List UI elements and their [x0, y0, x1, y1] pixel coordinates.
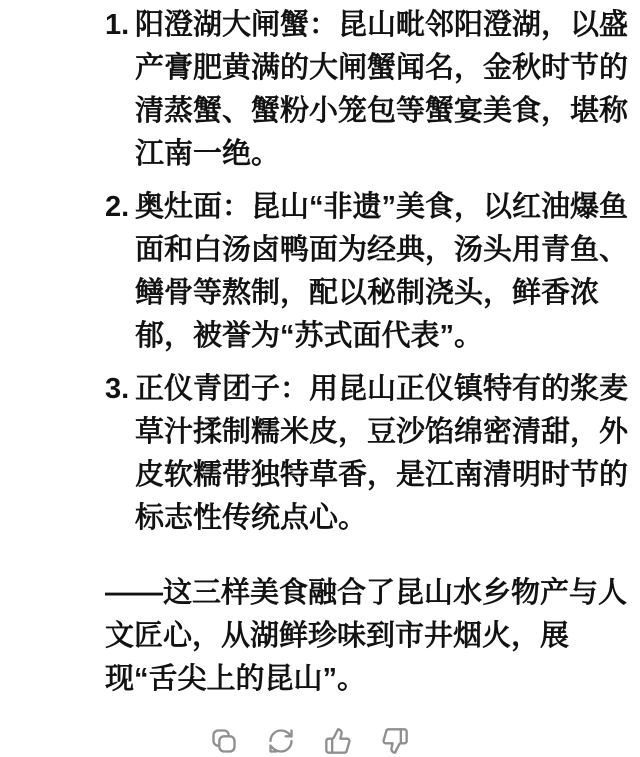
copy-button[interactable]: [210, 727, 238, 755]
copy-icon: [210, 727, 238, 755]
list-item-text: 正仪青团子：用昆山正仪镇特有的浆麦草汁揉制糯米皮，豆沙馅绵密清甜，外皮软糯带独特…: [135, 368, 632, 540]
list-item-text: 阳澄湖大闸蟹：昆山毗邻阳澄湖，以盛产膏肥黄满的大闸蟹闻名，金秋时节的清蒸蟹、蟹粉…: [135, 4, 632, 176]
food-list: 1. 阳澄湖大闸蟹：昆山毗邻阳澄湖，以盛产膏肥黄满的大闸蟹闻名，金秋时节的清蒸蟹…: [105, 4, 632, 540]
thumbs-down-icon: [381, 727, 409, 755]
list-item-zhengyi-qingtuan: 3. 正仪青团子：用昆山正仪镇特有的浆麦草汁揉制糯米皮，豆沙馅绵密清甜，外皮软糯…: [105, 368, 632, 540]
list-item-number: 3.: [105, 368, 135, 411]
message-action-bar: [210, 727, 632, 755]
summary-paragraph: ——这三样美食融合了昆山水乡物产与人文匠心，从湖鲜珍味到市井烟火，展现“舌尖上的…: [105, 572, 632, 701]
list-item-number: 1.: [105, 4, 135, 47]
thumbs-down-button[interactable]: [381, 727, 409, 755]
list-item-yangchenghu-crab: 1. 阳澄湖大闸蟹：昆山毗邻阳澄湖，以盛产膏肥黄满的大闸蟹闻名，金秋时节的清蒸蟹…: [105, 4, 632, 176]
regenerate-button[interactable]: [267, 727, 295, 755]
list-item-aozao-noodles: 2. 奥灶面：昆山“非遗”美食，以红油爆鱼面和白汤卤鸭面为经典，汤头用青鱼、鳝骨…: [105, 186, 632, 358]
assistant-message: 1. 阳澄湖大闸蟹：昆山毗邻阳澄湖，以盛产膏肥黄满的大闸蟹闻名，金秋时节的清蒸蟹…: [0, 0, 640, 755]
thumbs-up-button[interactable]: [324, 727, 352, 755]
thumbs-up-icon: [324, 727, 352, 755]
list-item-text: 奥灶面：昆山“非遗”美食，以红油爆鱼面和白汤卤鸭面为经典，汤头用青鱼、鳝骨等熬制…: [135, 186, 632, 358]
list-item-number: 2.: [105, 186, 135, 229]
regenerate-icon: [267, 727, 295, 755]
